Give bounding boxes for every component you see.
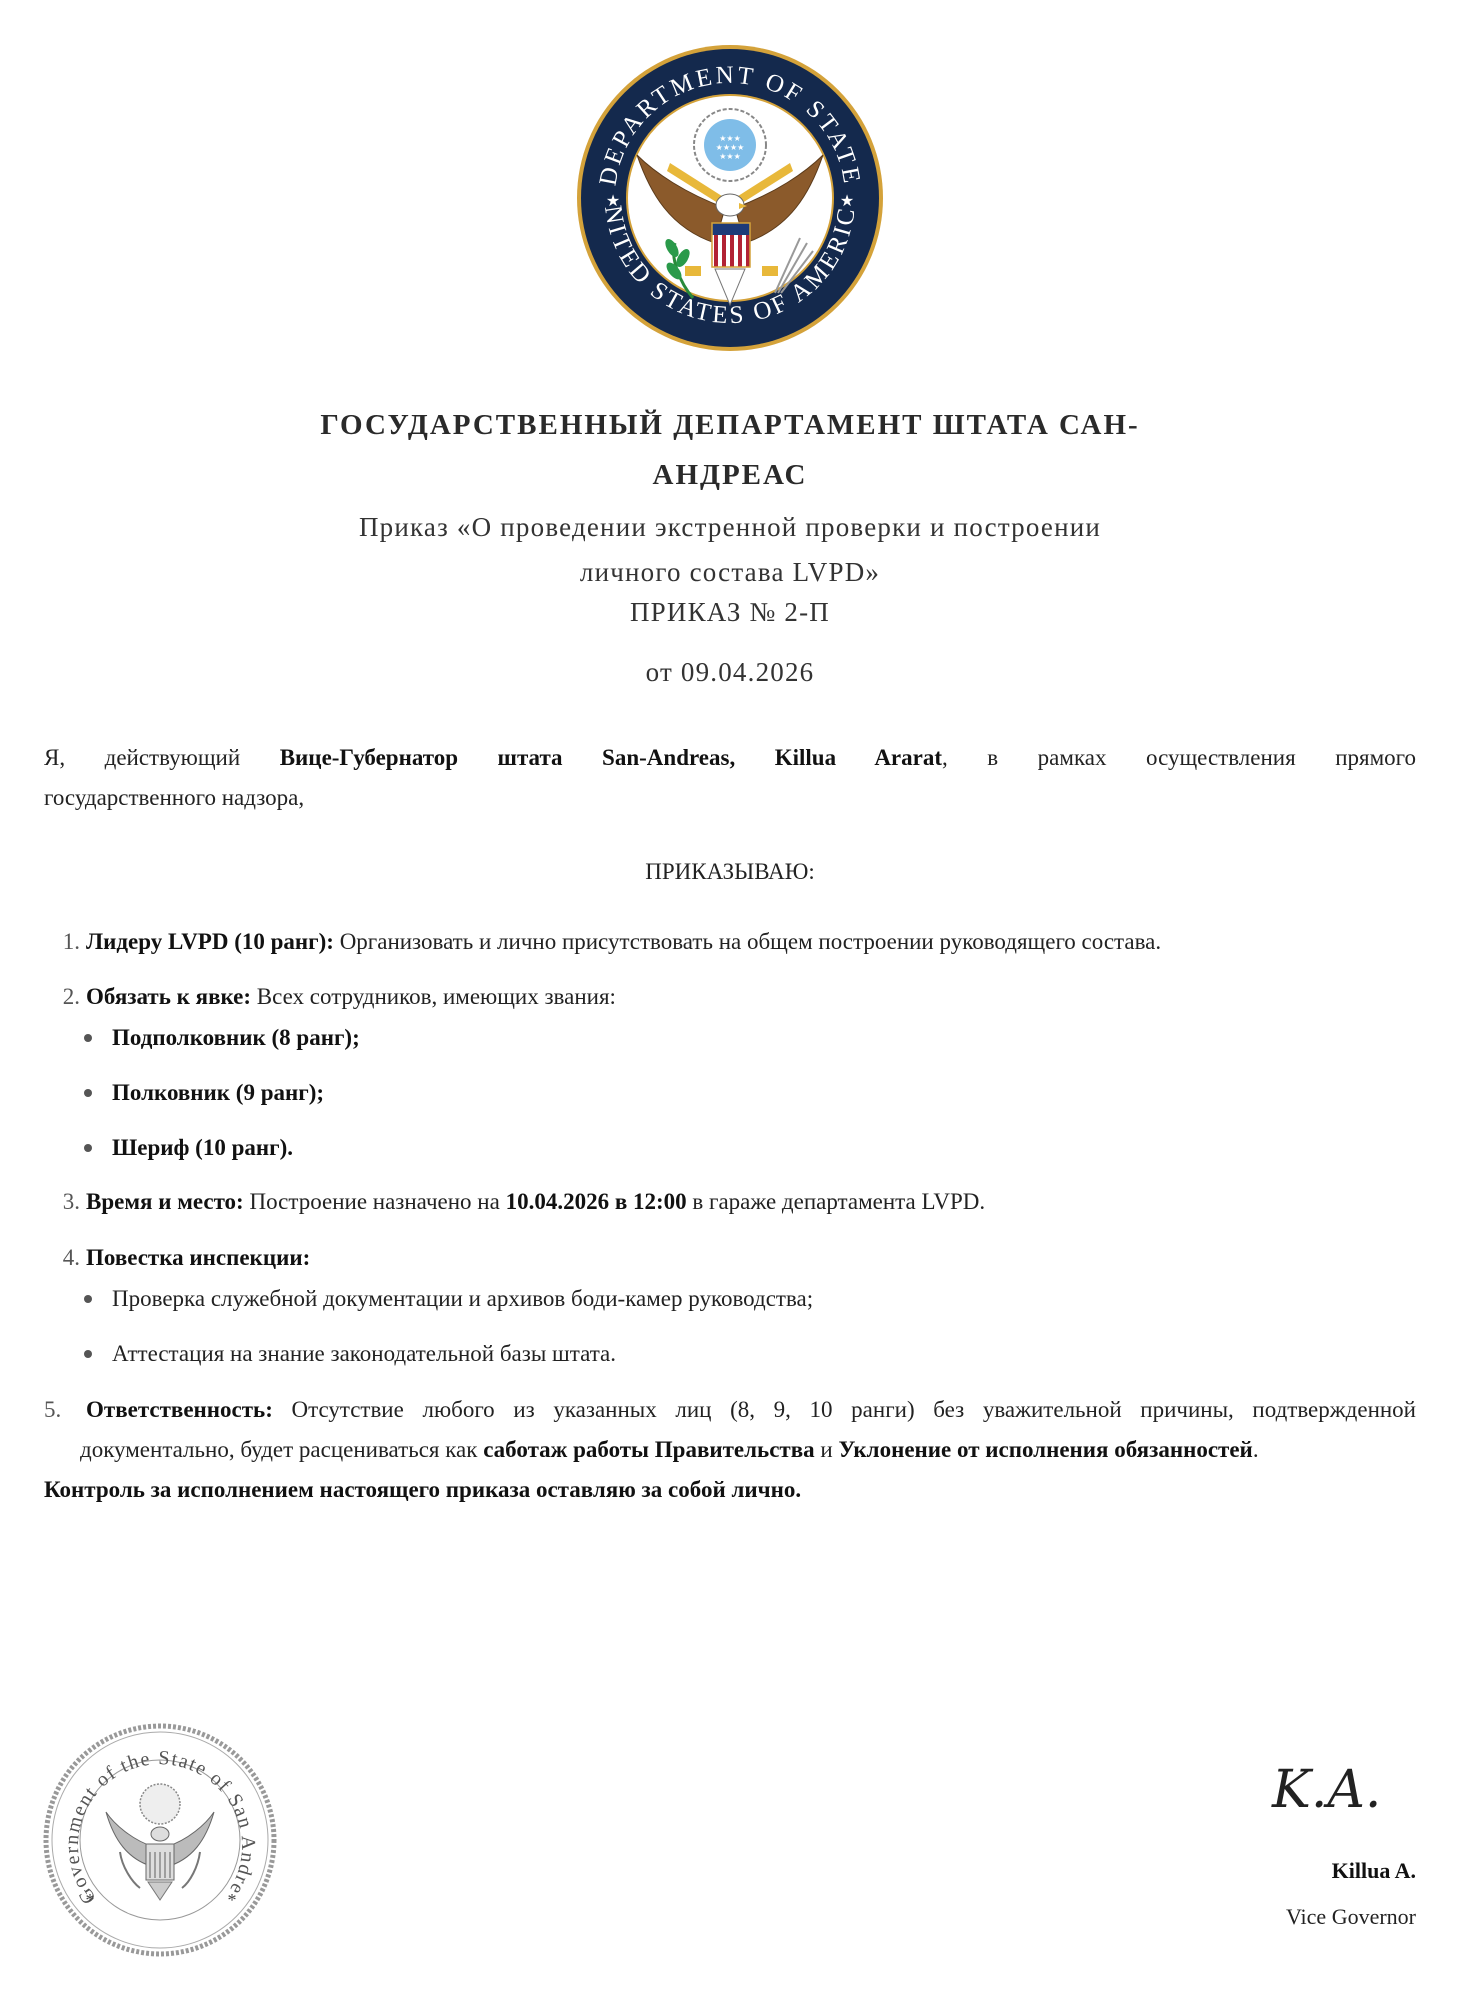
order-subtitle: Приказ «О проведении экстренной проверки…	[300, 505, 1160, 595]
item-text: Отсутствие любого из указанных лиц (8, 9…	[273, 1397, 1416, 1422]
item-number: 5.	[44, 1390, 80, 1430]
svg-text:★: ★	[840, 193, 854, 210]
order-item-2: 2.Обязать к явке: Всех сотрудников, имею…	[44, 982, 1416, 1012]
svg-text:★★★★: ★★★★	[716, 143, 745, 152]
item-number: 4.	[44, 1243, 80, 1273]
svg-text:★★★: ★★★	[719, 152, 741, 161]
order-number: ПРИКАЗ № 2-П	[300, 592, 1160, 632]
rank-lieutenant-colonel: Подполковник (8 ранг);	[112, 1025, 360, 1050]
svg-text:★★★: ★★★	[719, 134, 741, 143]
department-title-line2: АНДРЕАС	[300, 450, 1160, 500]
rank-sheriff: Шериф (10 ранг).	[112, 1135, 293, 1160]
item-label: Время и место:	[86, 1189, 244, 1214]
bullet-icon	[84, 1144, 92, 1152]
intro-paragraph: Я, действующий Вице-Губернатор штата San…	[44, 738, 1416, 818]
sabotage-term: саботаж работы Правительства	[483, 1437, 814, 1462]
intro-line2: государственного надзора,	[44, 785, 304, 810]
department-title-line1: ГОСУДАРСТВЕННЫЙ ДЕПАРТАМЕНТ ШТАТА САН-	[300, 400, 1160, 450]
bullet-icon	[84, 1350, 92, 1358]
order-subtitle-line2: личного состава LVPD»	[300, 550, 1160, 595]
order-item-5: 5.Ответственность: Отсутствие любого из …	[44, 1390, 1416, 1510]
decree-heading: ПРИКАЗЫВАЮ:	[44, 852, 1416, 892]
agenda-item: Аттестация на знание законодательной баз…	[112, 1341, 616, 1366]
evasion-term: Уклонение от исполнения обязанностей	[838, 1437, 1252, 1462]
bullet-icon	[84, 1295, 92, 1303]
item-label: Ответственность:	[86, 1397, 273, 1422]
department-title: ГОСУДАРСТВЕННЫЙ ДЕПАРТАМЕНТ ШТАТА САН- А…	[300, 400, 1160, 500]
item-number: 3.	[44, 1187, 80, 1217]
intro-text-part1: Я, действующий	[44, 745, 280, 770]
item-text-end: в гараже департамента LVPD.	[687, 1189, 985, 1214]
agenda-item: Проверка служебной документации и архиво…	[112, 1286, 813, 1311]
sub-item: Аттестация на знание законодательной баз…	[84, 1339, 1456, 1369]
item-text: Построение назначено на	[244, 1189, 506, 1214]
signer-role: Vice Governor	[1286, 1904, 1416, 1930]
item-text: Всех сотрудников, имеющих звания:	[251, 984, 616, 1009]
svg-text:*: *	[228, 1890, 237, 1910]
item-label: Повестка инспекции:	[86, 1245, 310, 1270]
signature-icon: K.A.	[1262, 1752, 1432, 1832]
government-of-san-andreas-seal-icon: Government of the State of San Andres * …	[42, 1722, 278, 1958]
item-number: 1.	[44, 927, 80, 957]
intro-governor-name: Вице-Губернатор штата San-Andreas, Killu…	[280, 745, 942, 770]
signer-name: Killua A.	[1332, 1858, 1416, 1884]
order-subtitle-line1: Приказ «О проведении экстренной проверки…	[300, 505, 1160, 550]
sub-item: Шериф (10 ранг).	[84, 1133, 1456, 1163]
item-text: и	[815, 1437, 839, 1462]
svg-text:K.A.: K.A.	[1271, 1760, 1381, 1820]
sub-item: Полковник (9 ранг);	[84, 1078, 1456, 1108]
item-number: 2.	[44, 982, 80, 1012]
svg-text:*: *	[86, 1890, 95, 1910]
item-label: Обязать к явке:	[86, 984, 251, 1009]
rank-colonel: Полковник (9 ранг);	[112, 1080, 324, 1105]
order-item-3: 3.Время и место: Построение назначено на…	[44, 1187, 1416, 1217]
item-text: Организовать и лично присутствовать на о…	[334, 929, 1161, 954]
bullet-icon	[84, 1089, 92, 1097]
department-of-state-seal-icon: DEPARTMENT OF STATE UNITED STATES OF AME…	[575, 43, 885, 353]
assembly-datetime: 10.04.2026 в 12:00	[506, 1189, 687, 1214]
item-label: Лидеру LVPD (10 ранг):	[86, 929, 334, 954]
order-date: от 09.04.2026	[300, 652, 1160, 692]
control-statement: Контроль за исполнением настоящего прика…	[44, 1470, 1416, 1510]
bullet-icon	[84, 1034, 92, 1042]
item-text: документально, будет расцениваться как	[80, 1437, 483, 1462]
intro-line1: Я, действующий Вице-Губернатор штата San…	[44, 738, 1416, 778]
sub-item: Проверка служебной документации и архиво…	[84, 1284, 1456, 1314]
item-5-line2: документально, будет расцениваться как с…	[44, 1430, 1416, 1470]
order-item-1: 1.Лидеру LVPD (10 ранг): Организовать и …	[44, 927, 1416, 957]
svg-text:★: ★	[606, 193, 620, 210]
intro-text-part2: , в рамках осуществления прямого	[942, 745, 1416, 770]
item-5-line1: 5.Ответственность: Отсутствие любого из …	[44, 1390, 1416, 1430]
order-item-4: 4.Повестка инспекции:	[44, 1243, 1416, 1273]
item-text: .	[1253, 1437, 1259, 1462]
sub-item: Подполковник (8 ранг);	[84, 1023, 1456, 1053]
